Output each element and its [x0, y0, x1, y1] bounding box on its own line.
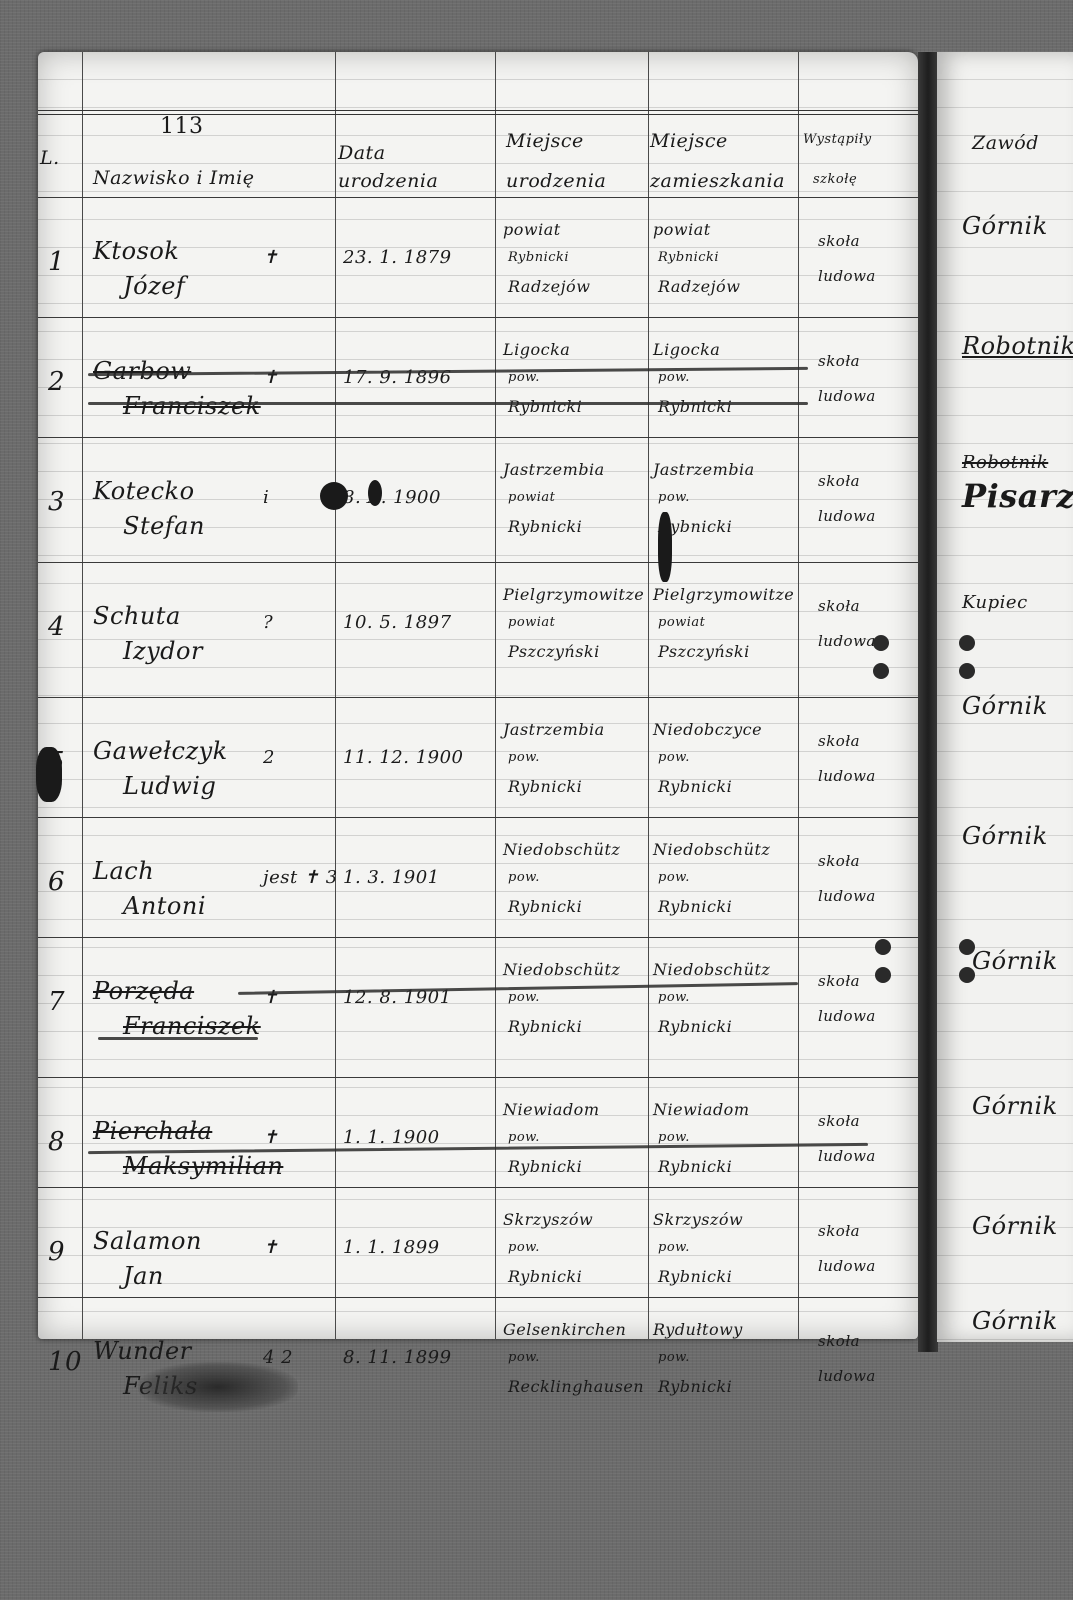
residence-line2: pow.: [658, 1240, 690, 1255]
birth-place-line1: Gelsenkirchen: [503, 1320, 626, 1339]
birth-place-line3: Rybnicki: [508, 777, 582, 796]
birth-date: 11. 12. 1900: [343, 747, 464, 768]
birth-place-line1: Jastrzembia: [503, 720, 605, 739]
birth-place-line3: Rybnicki: [508, 397, 582, 416]
header-birth-date-2: urodzenia: [338, 170, 438, 192]
school-line2: ludowa: [818, 767, 876, 785]
residence-line2: powiat: [658, 615, 705, 630]
residence-line1: Rydułtowy: [653, 1320, 743, 1339]
school-line2: ludowa: [818, 632, 876, 650]
residence-line3: Rybnicki: [658, 1377, 732, 1396]
annotation-mark: i: [263, 487, 269, 508]
residence-line2: pow.: [658, 370, 690, 385]
row-number: 8: [48, 1127, 65, 1157]
residence-line1: Pielgrzymowitze: [653, 585, 794, 604]
residence-line1: Niedobschütz: [653, 960, 770, 979]
punch-hole: [959, 663, 975, 679]
column-rule: [335, 52, 336, 1339]
residence-line3: Pszczyński: [658, 642, 750, 661]
occupation-10: Górnik: [972, 1307, 1058, 1335]
birth-place-line2: pow.: [508, 990, 540, 1005]
punch-hole: [959, 967, 975, 983]
school-line2: ludowa: [818, 267, 876, 285]
residence-line3: Rybnicki: [658, 1267, 732, 1286]
row-rule: [38, 1077, 918, 1078]
birth-date: 8. X. 1900: [343, 487, 441, 508]
row-rule: [38, 437, 918, 438]
header-school-2: szkołę: [813, 172, 857, 187]
birth-place-line2: pow.: [508, 1240, 540, 1255]
surname: Salamon: [93, 1227, 202, 1255]
school-line2: ludowa: [818, 1367, 876, 1385]
birth-place-line1: Niedobschütz: [503, 840, 620, 859]
school-line1: skoła: [818, 852, 860, 870]
school-line1: skoła: [818, 1112, 860, 1130]
annotation-mark: ✝: [263, 1127, 279, 1148]
given-name: Izydor: [123, 637, 203, 665]
birth-place-line1: Jastrzembia: [503, 460, 605, 479]
birth-date: 23. 1. 1879: [343, 247, 452, 268]
given-name: Ludwig: [123, 772, 216, 800]
annotation-mark: 4 2: [263, 1347, 293, 1368]
row-rule: [38, 562, 918, 563]
row-number: 2: [48, 367, 65, 397]
birth-place-line3: Rybnicki: [508, 1017, 582, 1036]
occupation-9: Górnik: [972, 1212, 1058, 1240]
header-birth-place-2: urodzenia: [506, 170, 606, 192]
birth-place-line1: Pielgrzymowitze: [503, 585, 644, 604]
surname: Ktosok: [93, 237, 179, 265]
school-line1: skoła: [818, 232, 860, 250]
birth-place-line1: Niewiadom: [503, 1100, 599, 1119]
header-birth-date-1: Data: [338, 142, 386, 164]
school-line2: ludowa: [818, 507, 876, 525]
birth-place-line2: Rybnicki: [508, 250, 569, 265]
row-rule: [38, 1187, 918, 1188]
row-rule: [38, 1297, 918, 1298]
header-occupation: Zawód: [972, 132, 1039, 154]
residence-line2: pow.: [658, 1130, 690, 1145]
school-line1: skoła: [818, 472, 860, 490]
birth-date: 10. 5. 1897: [343, 612, 452, 633]
residence-line2: pow.: [658, 990, 690, 1005]
annotation-mark: jest ✝ 3: [263, 867, 338, 888]
birth-place-line2: powiat: [508, 490, 555, 505]
annotation-mark: ?: [263, 612, 273, 633]
occupation-2: Robotnik: [962, 332, 1073, 360]
row-rule: [38, 937, 918, 938]
strike-row-2b: [88, 402, 808, 405]
birth-place-line3: Radzejów: [508, 277, 590, 296]
birth-place-line1: Niedobschütz: [503, 960, 620, 979]
birth-date: 1. 1. 1900: [343, 1127, 440, 1148]
row-number: 6: [48, 867, 65, 897]
annotation-mark: ✝: [263, 367, 279, 388]
page-number: 113: [160, 114, 204, 139]
surname: Kotecko: [93, 477, 195, 505]
residence-line1: Ligocka: [653, 340, 720, 359]
row-rule: [38, 697, 918, 698]
punch-hole: [873, 663, 889, 679]
punch-hole: [875, 967, 891, 983]
residence-line1: Niedobczyce: [653, 720, 762, 739]
occupation-1: Górnik: [962, 212, 1048, 240]
occupation-4: Kupiec: [962, 592, 1028, 613]
residence-line2: pow.: [658, 490, 690, 505]
residence-line1: Niedobschütz: [653, 840, 770, 859]
school-line1: skoła: [818, 352, 860, 370]
birth-place-line3: Rybnicki: [508, 517, 582, 536]
birth-place-line3: Rybnicki: [508, 1267, 582, 1286]
residence-line1: Skrzyszów: [653, 1210, 743, 1229]
school-line2: ludowa: [818, 387, 876, 405]
birth-place-line3: Rybnicki: [508, 1157, 582, 1176]
birth-place-line3: Rybnicki: [508, 897, 582, 916]
birth-date: 8. 11. 1899: [343, 1347, 452, 1368]
school-line2: ludowa: [818, 1147, 876, 1165]
row-number: 9: [48, 1237, 65, 1267]
header-bottom-rule: [38, 197, 918, 198]
given-name: Franciszek: [123, 392, 261, 420]
row-number: 1: [48, 247, 65, 277]
school-line1: skoła: [818, 732, 860, 750]
book-gutter: [918, 52, 938, 1352]
register-page: 113 L. Nazwisko i Imię Data urodzenia Mi…: [38, 52, 918, 1339]
residence-line2: pow.: [658, 750, 690, 765]
school-line2: ludowa: [818, 1007, 876, 1025]
birth-place-line2: pow.: [508, 750, 540, 765]
school-line1: skoła: [818, 972, 860, 990]
given-name: Antoni: [123, 892, 206, 920]
given-name: Franciszek: [123, 1012, 261, 1040]
birth-place-line1: Ligocka: [503, 340, 570, 359]
school-line1: skoła: [818, 1332, 860, 1350]
punch-hole: [959, 635, 975, 651]
residence-line3: Rybnicki: [658, 1157, 732, 1176]
surname: Porzęda: [93, 977, 194, 1005]
row-rule: [38, 317, 918, 318]
row-number: 4: [48, 612, 65, 642]
punch-hole: [873, 635, 889, 651]
surname: Gawełczyk: [93, 737, 228, 765]
ink-blot: [320, 482, 348, 510]
annotation-mark: ✝: [263, 247, 279, 268]
birth-place-line2: pow.: [508, 870, 540, 885]
header-birth-place-1: Miejsce: [506, 130, 584, 152]
birth-place-line2: pow.: [508, 1350, 540, 1365]
birth-place-line1: powiat: [503, 220, 561, 239]
ink-blot: [658, 512, 672, 582]
school-line2: ludowa: [818, 887, 876, 905]
row-number: 3: [48, 487, 65, 517]
residence-line1: powiat: [653, 220, 711, 239]
occupation-7: Górnik: [972, 947, 1058, 975]
column-rule: [82, 52, 83, 1339]
school-line1: skoła: [818, 1222, 860, 1240]
residence-line3: Rybnicki: [658, 397, 732, 416]
given-name: Jan: [123, 1262, 164, 1290]
ink-blot: [368, 480, 382, 506]
scribble-blot: [138, 1362, 298, 1412]
birth-place-line2: powiat: [508, 615, 555, 630]
ink-blot: [36, 747, 62, 802]
row-rule: [38, 817, 918, 818]
punch-hole: [959, 939, 975, 955]
residence-line3: Rybnicki: [658, 777, 732, 796]
punch-hole: [875, 939, 891, 955]
birth-place-line3: Recklinghausen: [508, 1377, 644, 1396]
surname: Schuta: [93, 602, 181, 630]
header-name: Nazwisko i Imię: [93, 167, 255, 189]
surname: Pierchała: [93, 1117, 212, 1145]
residence-line2: pow.: [658, 870, 690, 885]
occupation-6: Górnik: [962, 822, 1048, 850]
residence-line2: Rybnicki: [658, 250, 719, 265]
residence-line3: Radzejów: [658, 277, 740, 296]
residence-line3: Rybnicki: [658, 897, 732, 916]
surname: Garbow: [93, 357, 191, 385]
surname: Lach: [93, 857, 154, 885]
residence-line1: Niewiadom: [653, 1100, 749, 1119]
annotation-mark: 2: [263, 747, 275, 768]
row-number: 10: [48, 1347, 82, 1377]
facing-page: Zawód Górnik Robotnik Robotnik Pisarz Ku…: [937, 52, 1073, 1342]
residence-line2: pow.: [658, 1350, 690, 1365]
occupation-8: Górnik: [972, 1092, 1058, 1120]
birth-place-line2: pow.: [508, 1130, 540, 1145]
birth-date: 1. 3. 1901: [343, 867, 440, 888]
header-school-1: Wystąpiły: [803, 132, 872, 147]
given-name: Józef: [123, 272, 185, 300]
header-lp: L.: [40, 147, 60, 169]
school-line1: skoła: [818, 597, 860, 615]
school-line2: ludowa: [818, 1257, 876, 1275]
row-number: 7: [48, 987, 65, 1017]
header-residence-1: Miejsce: [650, 130, 728, 152]
occupation-5: Górnik: [962, 692, 1048, 720]
strike-row-7b: [98, 1037, 258, 1040]
birth-place-line3: Pszczyński: [508, 642, 600, 661]
annotation-mark: ✝: [263, 1237, 279, 1258]
given-name: Stefan: [123, 512, 205, 540]
residence-line3: Rybnicki: [658, 1017, 732, 1036]
annotation-mark: ✝: [263, 987, 279, 1008]
birth-date: 1. 1. 1899: [343, 1237, 440, 1258]
occupation-3: Pisarz: [962, 477, 1073, 515]
residence-line1: Jastrzembia: [653, 460, 755, 479]
given-name: Maksymilian: [123, 1152, 283, 1180]
occupation-3-struck: Robotnik: [962, 452, 1048, 473]
birth-place-line1: Skrzyszów: [503, 1210, 593, 1229]
header-residence-2: zamieszkania: [650, 170, 785, 192]
surname: Wunder: [93, 1337, 192, 1365]
